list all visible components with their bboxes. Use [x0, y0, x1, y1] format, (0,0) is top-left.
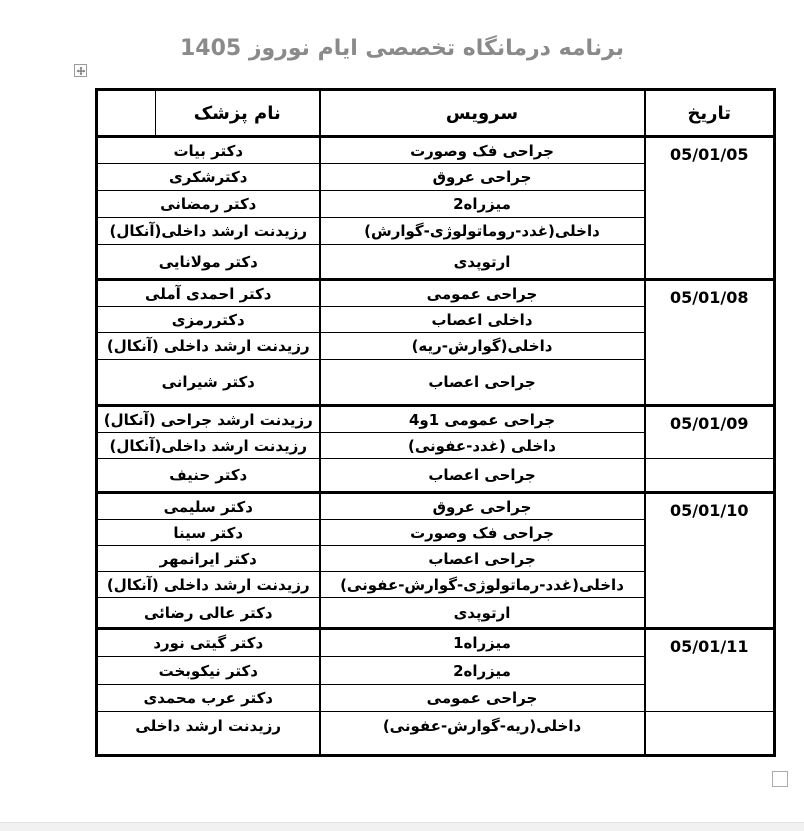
- service-cell: جراحی اعصاب: [320, 546, 645, 572]
- table-row: 05/01/05 جراحی فک وصورت دکتر بیات: [97, 137, 775, 164]
- header-doctor: نام پزشک: [156, 90, 320, 137]
- service-cell: میزراه2: [320, 657, 645, 685]
- doctor-cell: دکتر سلیمی: [97, 493, 320, 520]
- doctor-cell: دکتر شیرانی: [97, 360, 320, 406]
- doctor-cell: دکتر احمدی آملی: [97, 280, 320, 307]
- service-cell: داخلی (غدد-عفونی): [320, 433, 645, 459]
- service-cell: میزراه2: [320, 191, 645, 218]
- doctor-cell: دکتر عالی رضائی: [97, 598, 320, 629]
- doctor-cell: رزیدنت ارشد داخلی (آنکال): [97, 333, 320, 360]
- doctor-cell: دکتر حنیف: [97, 459, 320, 493]
- doctor-cell: رزیدنت ارشد داخلی(آنکال): [97, 218, 320, 245]
- service-cell: جراحی عمومی: [320, 685, 645, 712]
- service-cell: داخلی(غدد-رماتولوژی-گوارش-عفونی): [320, 572, 645, 598]
- doctor-cell: رزیدنت ارشد داخلی(آنکال): [97, 433, 320, 459]
- table-row: داخلی(ریه-گوارش-عفونی) رزیدنت ارشد داخلی: [97, 712, 775, 756]
- clinic-schedule-table: تاریخ سرویس نام پزشک 05/01/05 جراحی فک و…: [95, 88, 776, 757]
- date-empty-cell: [645, 712, 775, 756]
- doctor-cell: دکتر سینا: [97, 520, 320, 546]
- table-row: 05/01/09 جراحی عمومی 1و4 رزیدنت ارشد جرا…: [97, 406, 775, 433]
- header-service: سرویس: [320, 90, 645, 137]
- doctor-cell: دکتر رمضانی: [97, 191, 320, 218]
- service-cell: جراحی اعصاب: [320, 459, 645, 493]
- date-empty-cell: [645, 459, 775, 493]
- table-row: 05/01/11 میزراه1 دکتر گیتی نورد: [97, 629, 775, 657]
- service-cell: جراحی فک وصورت: [320, 137, 645, 164]
- service-cell: جراحی عمومی 1و4: [320, 406, 645, 433]
- doctor-cell: دکترشکری: [97, 164, 320, 191]
- doctor-cell: دکتر گیتی نورد: [97, 629, 320, 657]
- doctor-cell: دکتر بیات: [97, 137, 320, 164]
- service-cell: جراحی عروق: [320, 493, 645, 520]
- doctor-cell: رزیدنت ارشد جراحی (آنکال): [97, 406, 320, 433]
- table-resize-handle[interactable]: [772, 771, 788, 787]
- service-cell: جراحی فک وصورت: [320, 520, 645, 546]
- service-cell: جراحی عمومی: [320, 280, 645, 307]
- table-header-row: تاریخ سرویس نام پزشک: [97, 90, 775, 137]
- doctor-cell: دکتر ایرانمهر: [97, 546, 320, 572]
- doctor-cell: دکتر عرب محمدی: [97, 685, 320, 712]
- move-arrows-icon: [76, 66, 86, 76]
- doctor-cell: دکتر مولانایی: [97, 245, 320, 280]
- table-row: جراحی اعصاب دکتر حنیف: [97, 459, 775, 493]
- date-cell: 05/01/09: [645, 406, 775, 459]
- header-corner-empty-cell: [97, 90, 156, 137]
- service-cell: ارتوپدی: [320, 245, 645, 280]
- doctor-cell: دکتر نیکوبخت: [97, 657, 320, 685]
- service-cell: داخلی(گوارش-ریه): [320, 333, 645, 360]
- doctor-cell: دکتررمزی: [97, 307, 320, 333]
- doctor-cell: رزیدنت ارشد داخلی: [97, 712, 320, 756]
- service-cell: میزراه1: [320, 629, 645, 657]
- table-move-handle[interactable]: [74, 64, 87, 77]
- date-cell: 05/01/05: [645, 137, 775, 280]
- document-page: { "page": { "title": "برنامه درمانگاه تخ…: [0, 0, 804, 831]
- window-bottom-strip: [0, 822, 804, 831]
- date-cell: 05/01/11: [645, 629, 775, 712]
- service-cell: داخلی(ریه-گوارش-عفونی): [320, 712, 645, 756]
- doctor-cell: رزیدنت ارشد داخلی (آنکال): [97, 572, 320, 598]
- service-cell: داخلی اعصاب: [320, 307, 645, 333]
- service-cell: داخلی(غدد-روماتولوژی-گوارش): [320, 218, 645, 245]
- service-cell: ارتوپدی: [320, 598, 645, 629]
- header-date: تاریخ: [645, 90, 775, 137]
- date-cell: 05/01/08: [645, 280, 775, 406]
- service-cell: جراحی عروق: [320, 164, 645, 191]
- page-title: برنامه درمانگاه تخصصی ایام نوروز 1405: [0, 36, 804, 61]
- table-row: 05/01/10 جراحی عروق دکتر سلیمی: [97, 493, 775, 520]
- service-cell: جراحی اعصاب: [320, 360, 645, 406]
- date-cell: 05/01/10: [645, 493, 775, 629]
- table-row: 05/01/08 جراحی عمومی دکتر احمدی آملی: [97, 280, 775, 307]
